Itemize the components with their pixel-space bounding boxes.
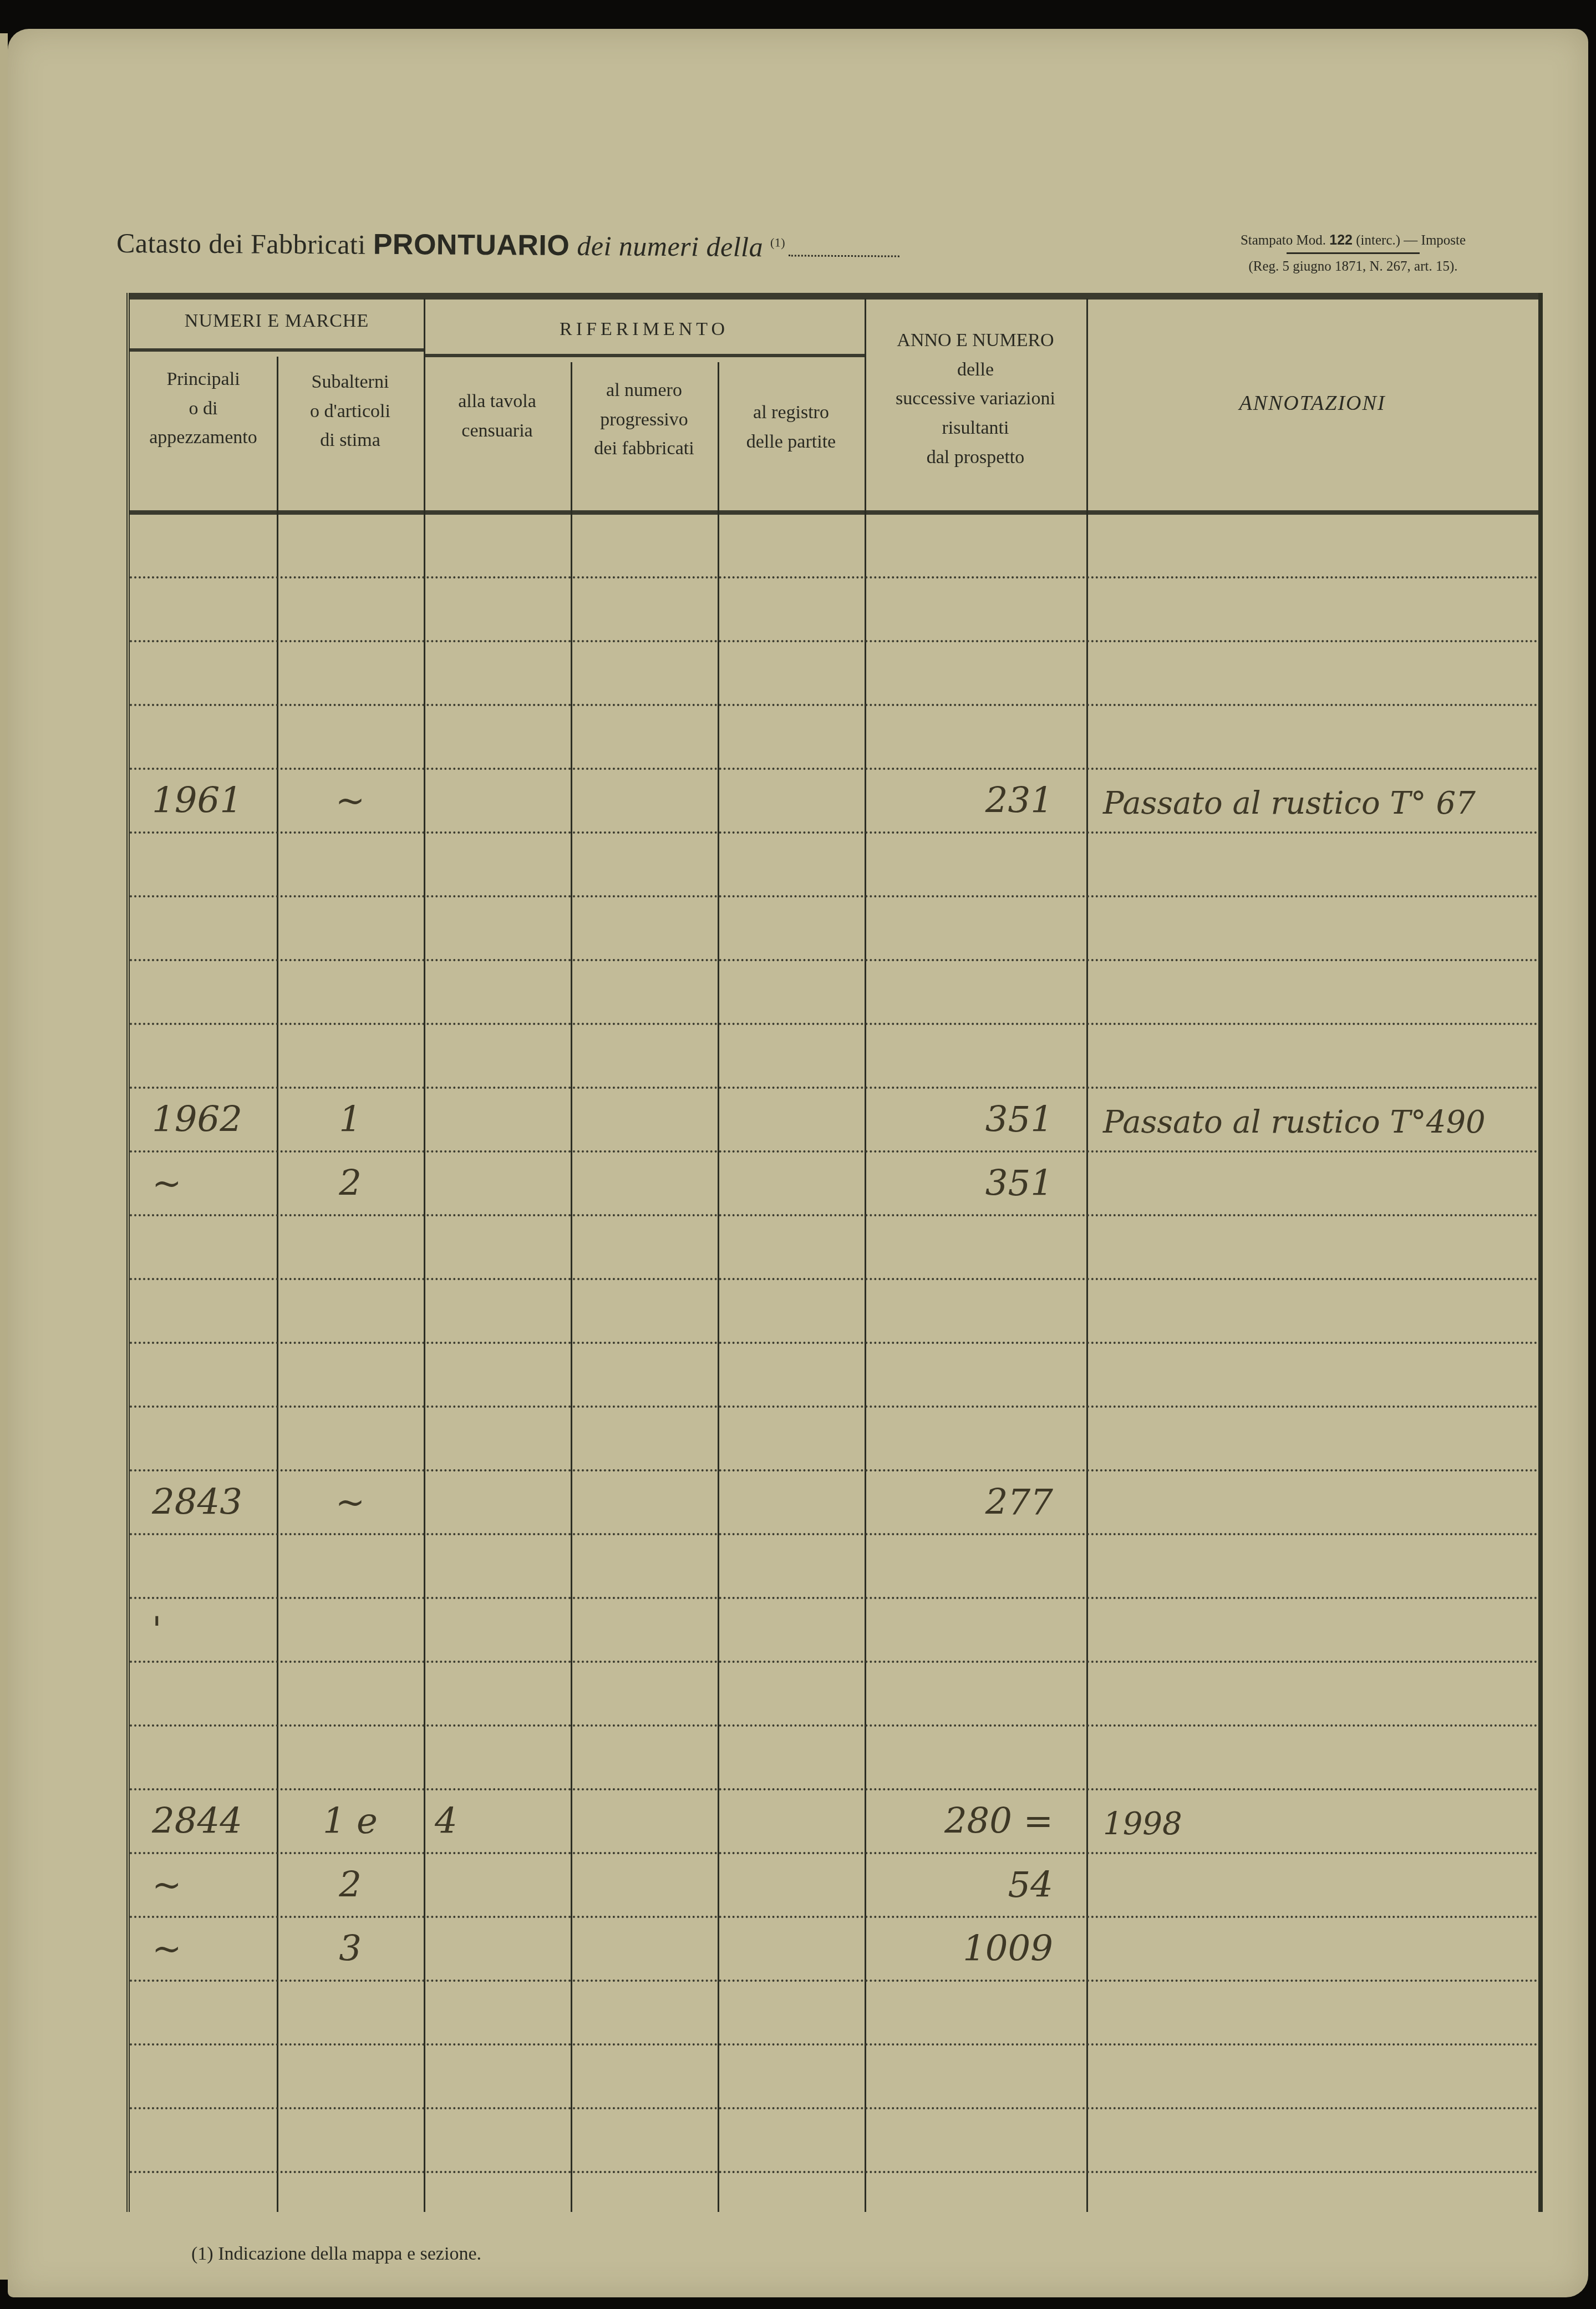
cell-variazioni	[862, 1599, 1086, 1661]
table-row	[130, 2109, 1538, 2173]
cell-subalterni	[277, 1982, 424, 2043]
cell-annotazioni	[1086, 897, 1538, 959]
table-row: 19621351Passato al rustico T°490	[130, 1089, 1538, 1153]
header-progressivo-l2: progressivo	[571, 405, 718, 435]
cell-principali	[130, 706, 277, 768]
header-numero-progressivo: al numero progressivo dei fabbricati	[571, 376, 718, 464]
cell-variazioni: 1009	[862, 1918, 1086, 1980]
header-anno-l3: successive variazioni	[865, 384, 1086, 414]
header-subalterni: Subalterni o d'articoli di stima	[277, 368, 424, 455]
cell-annotazioni	[1086, 1025, 1538, 1087]
cell-principali	[130, 1535, 277, 1597]
header-subalterni-l3: di stima	[277, 426, 424, 455]
cell-tavola	[424, 1918, 571, 1980]
cell-variazioni: 351	[862, 1153, 1086, 1214]
cell-variazioni	[862, 1982, 1086, 2043]
title-bold: PRONTUARIO	[373, 229, 570, 262]
cell-principali: 2843	[130, 1471, 277, 1533]
cell-subalterni	[277, 706, 424, 768]
title-blank-line	[789, 255, 899, 257]
previous-page-edge	[0, 33, 8, 2280]
cell-tavola	[424, 642, 571, 704]
cell-tavola	[424, 578, 571, 640]
cell-variazioni	[862, 1535, 1086, 1597]
cell-annotazioni	[1086, 706, 1538, 768]
table-row: 2843~277	[130, 1471, 1538, 1535]
table-row	[130, 961, 1538, 1025]
cell-subalterni: ~	[277, 1471, 424, 1533]
cell-principali	[130, 1025, 277, 1087]
cell-tavola	[424, 1663, 571, 1724]
cell-subalterni	[277, 1025, 424, 1087]
cell-annotazioni	[1086, 1344, 1538, 1405]
cell-principali	[130, 1982, 277, 2043]
cell-variazioni: 280 =	[862, 1790, 1086, 1852]
header-anno-l2: delle	[865, 356, 1086, 385]
stamp-line1-pre: Stampato Mod.	[1241, 233, 1326, 248]
cell-tavola	[424, 1408, 571, 1469]
cell-subalterni	[277, 1727, 424, 1788]
cell-tavola	[424, 1854, 571, 1916]
cell-tavola	[424, 706, 571, 768]
cell-variazioni	[862, 2046, 1086, 2107]
cell-principali: 2844	[130, 1790, 277, 1852]
cell-annotazioni	[1086, 1216, 1538, 1278]
cell-principali	[130, 897, 277, 959]
cell-principali: ~	[130, 1854, 277, 1916]
header-numeri-rule	[130, 348, 424, 352]
cell-tavola	[424, 515, 571, 576]
table-row	[130, 578, 1538, 642]
cell-annotazioni	[1086, 2046, 1538, 2107]
cell-tavola	[424, 770, 571, 831]
header-progressivo-l3: dei fabbricati	[571, 434, 718, 464]
cell-subalterni	[277, 1663, 424, 1724]
table-row: ~31009	[130, 1918, 1538, 1982]
cell-principali: ~	[130, 1918, 277, 1980]
stamp-line2: (Reg. 5 giugno 1871, N. 267, art. 15).	[1198, 256, 1508, 277]
cell-tavola	[424, 1535, 571, 1597]
cell-tavola	[424, 1280, 571, 1342]
cell-variazioni: 277	[862, 1471, 1086, 1533]
header-annotazioni: ANNOTAZIONI	[1086, 387, 1538, 420]
table-row	[130, 1216, 1538, 1280]
cell-tavola	[424, 1344, 571, 1405]
table-row	[130, 642, 1538, 706]
page-title: Catasto dei Fabbricati PRONTUARIO dei nu…	[116, 226, 900, 265]
cell-principali	[130, 834, 277, 895]
cell-variazioni: 231	[862, 770, 1086, 831]
cell-tavola	[424, 1471, 571, 1533]
header-anno-l1: ANNO E NUMERO	[865, 326, 1086, 356]
cell-principali	[130, 1727, 277, 1788]
cell-variazioni: 54	[862, 1854, 1086, 1916]
title-footnote-marker: (1)	[770, 236, 785, 250]
cell-variazioni	[862, 706, 1086, 768]
cell-annotazioni	[1086, 1471, 1538, 1533]
table-row	[130, 1535, 1538, 1599]
cell-subalterni	[277, 1599, 424, 1661]
form-stamp: Stampato Mod. 122 (interc.) — Imposte (R…	[1198, 230, 1508, 277]
cell-tavola: 4	[424, 1790, 571, 1852]
cell-principali: 1962	[130, 1089, 277, 1150]
cell-variazioni: 351	[862, 1089, 1086, 1150]
table-row	[130, 897, 1538, 961]
cell-principali: 1961	[130, 770, 277, 831]
stamp-line1-post: (interc.) — Imposte	[1356, 233, 1466, 248]
cell-annotazioni: 1998	[1086, 1790, 1538, 1852]
cell-variazioni	[862, 897, 1086, 959]
cell-subalterni: 3	[277, 1918, 424, 1980]
cell-principali	[130, 2046, 277, 2107]
header-principali-l3: appezzamento	[130, 423, 277, 453]
scan-background	[0, 0, 1596, 29]
table-row	[130, 1408, 1538, 1471]
cell-tavola	[424, 834, 571, 895]
header-anno-numero: ANNO E NUMERO delle successive variazion…	[865, 326, 1086, 472]
header-registro: al registro delle partite	[718, 398, 865, 456]
cell-tavola	[424, 1216, 571, 1278]
cell-annotazioni	[1086, 1663, 1538, 1724]
cell-principali	[130, 1344, 277, 1405]
cell-variazioni	[862, 1727, 1086, 1788]
cell-annotazioni	[1086, 1280, 1538, 1342]
table-row	[130, 1982, 1538, 2046]
stamp-model-number: 122	[1329, 232, 1353, 248]
cell-annotazioni	[1086, 1599, 1538, 1661]
cell-subalterni	[277, 834, 424, 895]
table-row: ~254	[130, 1854, 1538, 1918]
table-row	[130, 706, 1538, 770]
cell-annotazioni	[1086, 1854, 1538, 1916]
cell-tavola	[424, 1153, 571, 1214]
cell-principali	[130, 515, 277, 576]
title-italic: dei numeri della	[577, 230, 763, 262]
header-tavola: alla tavola censuaria	[424, 387, 571, 445]
title-prefix: Catasto dei Fabbricati	[116, 227, 366, 260]
cell-subalterni	[277, 1535, 424, 1597]
header-principali-l1: Principali	[130, 365, 277, 394]
cell-tavola	[424, 961, 571, 1023]
register-table: NUMERI E MARCHE RIFERIMENTO Principali o…	[126, 293, 1543, 2212]
cell-principali	[130, 578, 277, 640]
cell-variazioni	[862, 1663, 1086, 1724]
cell-principali	[130, 642, 277, 704]
cell-subalterni: ~	[277, 770, 424, 831]
cell-annotazioni	[1086, 834, 1538, 895]
cell-tavola	[424, 1025, 571, 1087]
cell-tavola	[424, 1727, 571, 1788]
cell-subalterni	[277, 2046, 424, 2107]
table-row: 1961~231Passato al rustico T° 67	[130, 770, 1538, 834]
header-subalterni-l2: o d'articoli	[277, 397, 424, 427]
cell-variazioni	[862, 642, 1086, 704]
cell-variazioni	[862, 2109, 1086, 2171]
cell-subalterni: 1 e	[277, 1790, 424, 1852]
cell-annotazioni: Passato al rustico T°490	[1086, 1089, 1538, 1150]
header-progressivo-l1: al numero	[571, 376, 718, 405]
cell-principali	[130, 1216, 277, 1278]
footnote: (1) Indicazione della mappa e sezione.	[191, 2244, 481, 2265]
cell-subalterni	[277, 515, 424, 576]
cell-annotazioni	[1086, 1535, 1538, 1597]
cell-variazioni	[862, 1216, 1086, 1278]
cell-subalterni	[277, 961, 424, 1023]
cell-subalterni: 2	[277, 1153, 424, 1214]
cell-annotazioni	[1086, 578, 1538, 640]
table-row: ~2351	[130, 1153, 1538, 1216]
cell-annotazioni	[1086, 1982, 1538, 2043]
cell-variazioni	[862, 578, 1086, 640]
table-top-rule	[130, 293, 1538, 300]
cell-tavola	[424, 1089, 571, 1150]
cell-principali	[130, 1408, 277, 1469]
cell-annotazioni	[1086, 1727, 1538, 1788]
cell-tavola	[424, 1599, 571, 1661]
cell-subalterni	[277, 1408, 424, 1469]
cell-principali	[130, 961, 277, 1023]
cell-annotazioni	[1086, 1408, 1538, 1469]
cell-variazioni	[862, 1280, 1086, 1342]
cell-subalterni	[277, 897, 424, 959]
cell-tavola	[424, 1982, 571, 2043]
cell-subalterni: 2	[277, 1854, 424, 1916]
cell-principali: '	[130, 1599, 277, 1661]
cell-variazioni	[862, 1344, 1086, 1405]
cell-principali	[130, 1663, 277, 1724]
cell-subalterni: 1	[277, 1089, 424, 1150]
stamp-rule	[1287, 252, 1420, 254]
cell-annotazioni	[1086, 2109, 1538, 2171]
header-anno-l4: risultanti	[865, 414, 1086, 443]
table-row	[130, 1663, 1538, 1727]
cell-principali	[130, 2109, 277, 2171]
cell-variazioni	[862, 1408, 1086, 1469]
cell-tavola	[424, 2046, 571, 2107]
header-numeri-marche: NUMERI E MARCHE	[130, 307, 424, 336]
header-subalterni-l1: Subalterni	[277, 368, 424, 397]
header-anno-l5: dal prospetto	[865, 443, 1086, 473]
cell-principali	[130, 1280, 277, 1342]
cell-subalterni	[277, 2109, 424, 2171]
cell-subalterni	[277, 642, 424, 704]
table-row	[130, 1344, 1538, 1408]
header-bottom-rule	[130, 510, 1538, 515]
cell-annotazioni: Passato al rustico T° 67	[1086, 770, 1538, 831]
cell-variazioni	[862, 1025, 1086, 1087]
cell-variazioni	[862, 515, 1086, 576]
cell-tavola	[424, 2109, 571, 2171]
cell-subalterni	[277, 578, 424, 640]
cell-annotazioni	[1086, 1153, 1538, 1214]
cell-subalterni	[277, 1216, 424, 1278]
cell-annotazioni	[1086, 1918, 1538, 1980]
cell-tavola	[424, 897, 571, 959]
cell-principali: ~	[130, 1153, 277, 1214]
cell-annotazioni	[1086, 961, 1538, 1023]
cell-subalterni	[277, 1344, 424, 1405]
header-registro-l2: delle partite	[718, 428, 865, 457]
table-row	[130, 515, 1538, 578]
header-tavola-l2: censuaria	[424, 417, 571, 446]
cell-variazioni	[862, 961, 1086, 1023]
cell-variazioni	[862, 834, 1086, 895]
table-row	[130, 1025, 1538, 1089]
header-tavola-l1: alla tavola	[424, 387, 571, 417]
header-riferimento: RIFERIMENTO	[424, 315, 865, 344]
header-principali-l2: o di	[130, 394, 277, 424]
table-row: '	[130, 1599, 1538, 1663]
header-riferimento-rule	[424, 354, 865, 357]
header-principali: Principali o di appezzamento	[130, 365, 277, 453]
cell-annotazioni	[1086, 642, 1538, 704]
table-row	[130, 1727, 1538, 1790]
table-row	[130, 1280, 1538, 1344]
header-registro-l1: al registro	[718, 398, 865, 428]
table-row	[130, 2046, 1538, 2109]
table-row: 28441 e4280 =1998	[130, 1790, 1538, 1854]
cell-subalterni	[277, 1280, 424, 1342]
cell-annotazioni	[1086, 515, 1538, 576]
table-row	[130, 834, 1538, 897]
